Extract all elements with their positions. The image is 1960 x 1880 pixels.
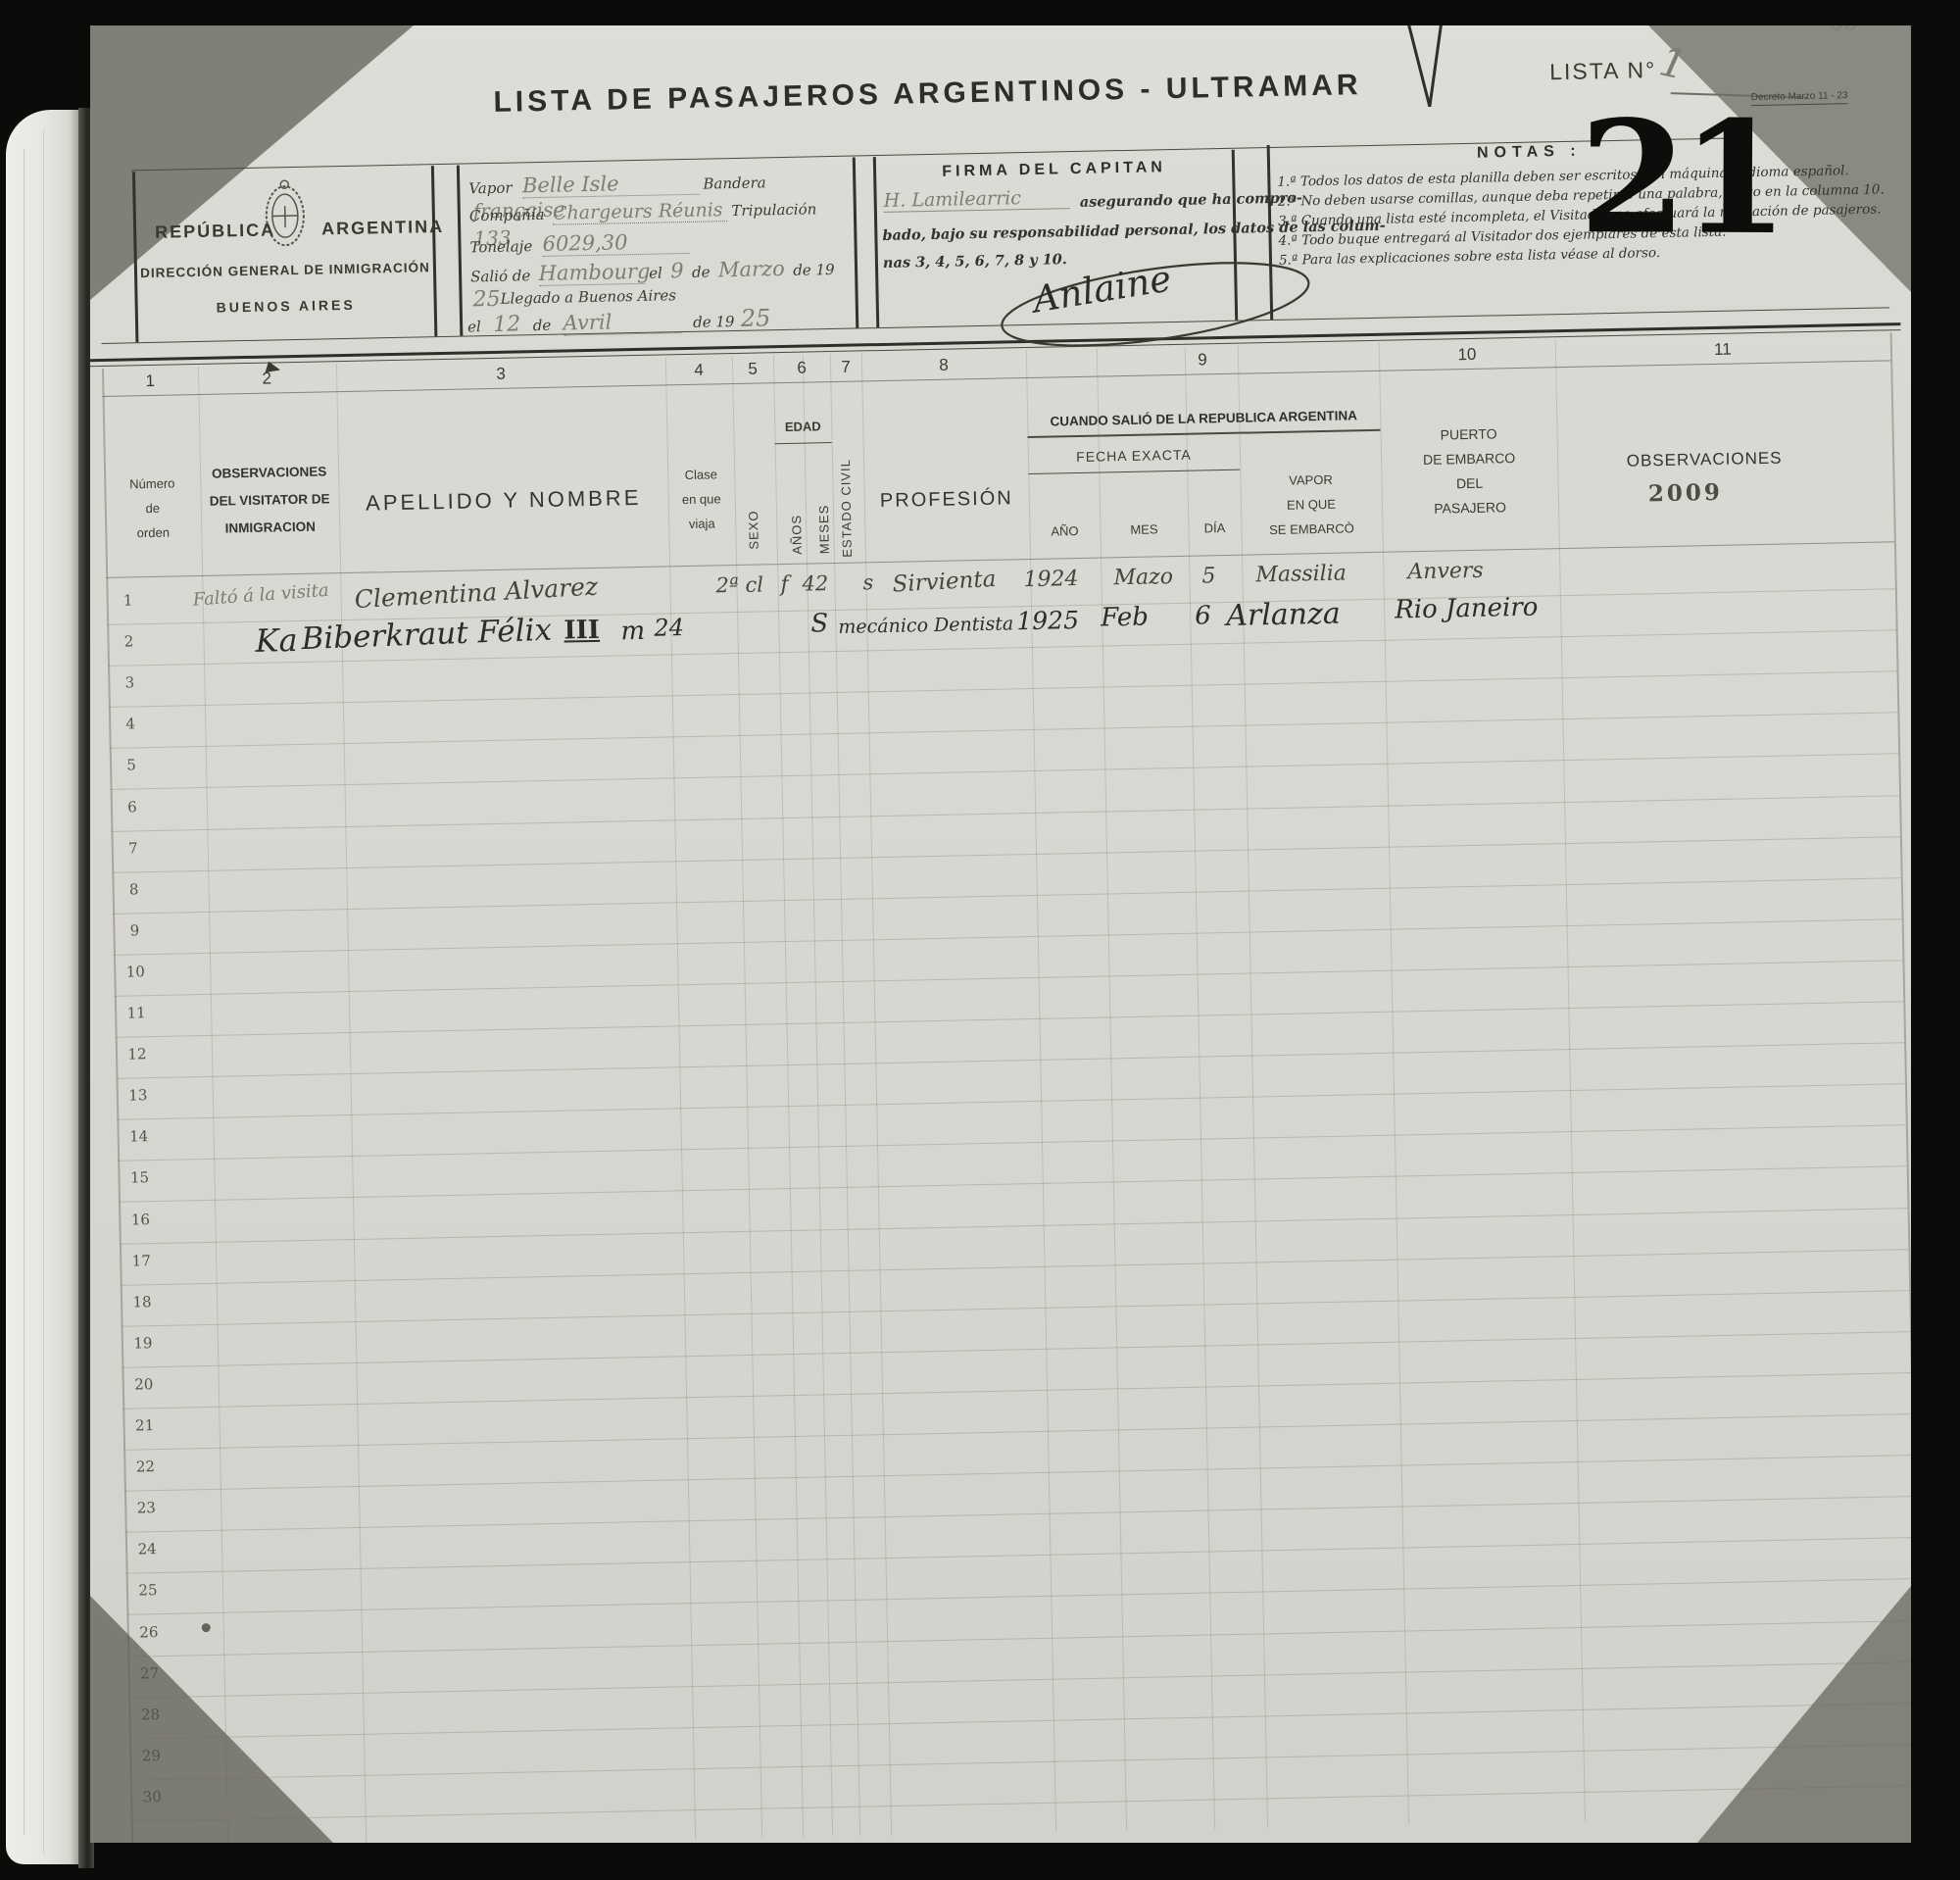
row1-sexo: f — [780, 572, 789, 597]
row1-estado-civil: s — [862, 570, 873, 594]
captain-box: FIRMA DEL CAPITAN H. Lamilearric asegura… — [873, 150, 1238, 327]
row-line — [111, 754, 1899, 791]
salio-month-value: Marzo — [718, 257, 785, 281]
row-line — [112, 836, 1900, 873]
row-line — [130, 1744, 1911, 1781]
republica-label: REPÚBLICA — [155, 220, 275, 242]
column-number: 8 — [914, 355, 973, 375]
page-title: LISTA DE PASAJEROS ARGENTINOS - ULTRAMAR — [481, 69, 1373, 120]
col7-header-estado-civil: ESTADO CIVIL — [837, 421, 855, 558]
column-number: 9 — [1173, 350, 1232, 371]
row-line — [129, 1703, 1911, 1740]
tonelaje-value: 6029,30 — [542, 229, 689, 257]
book-page-edge — [6, 110, 80, 1864]
row-number: 24 — [129, 1540, 165, 1558]
row-line — [125, 1496, 1911, 1533]
edad-anos-header: AÑOS — [788, 461, 805, 555]
col8-header-profesion: PROFESIÓN — [864, 487, 1029, 513]
llegado-de19-label: de 19 — [693, 313, 735, 331]
row1-observaciones: Faltó á la visita — [192, 580, 329, 611]
bandera-label: Bandera — [703, 173, 766, 192]
row-number: 26 — [131, 1622, 167, 1641]
row-number: 18 — [124, 1293, 160, 1311]
col4-line2: en que — [668, 486, 735, 512]
row2-puerto-embarco: Rio Janeiro — [1395, 593, 1539, 625]
tonelaje-label: Tonelaje — [469, 237, 532, 256]
row2-salida-mes: Feb — [1101, 603, 1149, 633]
row-number: 27 — [132, 1663, 168, 1682]
row-line — [121, 1249, 1909, 1286]
col9-ano-header: AÑO — [1029, 519, 1100, 544]
row-number: 28 — [132, 1706, 168, 1724]
edad-meses-header: MESES — [815, 460, 832, 554]
row-line — [126, 1537, 1911, 1574]
scanned-document: LISTA DE PASAJEROS ARGENTINOS - ULTRAMAR… — [0, 0, 1960, 1880]
de-label: de — [692, 263, 710, 280]
row-number: 7 — [116, 839, 151, 858]
folio-number-pencil: 66 — [1830, 25, 1859, 36]
row1-vapor-embarco: Massilia — [1255, 562, 1347, 588]
row2-apellido-nombre: Biberkraut Félix — [301, 613, 553, 658]
row-line — [115, 960, 1903, 997]
row-line — [114, 918, 1902, 956]
col9-fecha-exacta: FECHA EXACTA — [1028, 446, 1240, 466]
el-label: el — [649, 264, 662, 281]
lista-n-label: LISTA N° — [1549, 57, 1657, 85]
row1-salida-mes: Mazo — [1113, 565, 1173, 590]
column-number: 3 — [471, 364, 530, 384]
row-line — [119, 1166, 1907, 1204]
row-line — [109, 670, 1897, 708]
row-line — [117, 1083, 1905, 1120]
col2-line1: OBSERVACIONES — [200, 458, 339, 488]
ink-dot — [202, 1623, 211, 1632]
de19-label: de 19 — [793, 261, 835, 279]
vapor-label: Vapor — [468, 179, 513, 198]
row-number: 13 — [121, 1086, 156, 1105]
col4-line1: Clase — [667, 462, 734, 487]
row-line — [124, 1455, 1911, 1492]
salio-day-value: 9 — [670, 259, 684, 282]
row2-profesion: mecánico Dentista — [838, 613, 1013, 638]
row1-puerto-embarco: Anvers — [1407, 559, 1484, 585]
row-line — [122, 1331, 1910, 1368]
ship-box: Vapor Belle Isle Bandera française Compa… — [457, 157, 858, 335]
row-number: 19 — [125, 1334, 161, 1353]
list-number-stamp: 21 — [1579, 101, 1784, 257]
row2-vapor-embarco: Arlanza — [1226, 597, 1341, 633]
row-line — [126, 1578, 1911, 1615]
row-number: 22 — [127, 1458, 163, 1476]
col10-line1: PUERTO — [1380, 421, 1556, 449]
llegado-day-value: 12 — [493, 312, 520, 337]
row1-apellido-nombre: Clementina Alvarez — [354, 572, 599, 615]
column-number: 11 — [1693, 339, 1752, 360]
row-line — [131, 1785, 1911, 1822]
compania-label: Compañía — [469, 206, 545, 225]
llegado-month-value: Avril — [563, 309, 680, 335]
col5-header-sexo: SEXO — [745, 452, 761, 550]
row-line — [116, 1001, 1904, 1038]
salio-label: Salió de — [470, 267, 530, 285]
col9-vapor-line2: EN QUE — [1241, 491, 1382, 519]
col2-line2: DEL VISITATOR DE — [200, 485, 339, 516]
row-number: 29 — [133, 1747, 169, 1765]
row-line — [123, 1413, 1911, 1451]
salio-year-value: 25 — [472, 287, 500, 313]
vapor-value: Belle Isle — [522, 171, 699, 199]
row2-sexo: m — [620, 617, 645, 646]
row-line — [128, 1661, 1911, 1699]
row-number: 9 — [117, 921, 152, 940]
row-line — [122, 1290, 1910, 1327]
row-line — [127, 1620, 1911, 1657]
col10-line4: PASAJERO — [1382, 494, 1558, 522]
row-number: 6 — [115, 798, 150, 816]
row-number: 16 — [122, 1210, 158, 1228]
row-number: 3 — [112, 673, 147, 692]
col10-line3: DEL — [1381, 470, 1557, 498]
col9-title: CUANDO SALIÓ DE LA REPUBLICA ARGENTINA — [1027, 408, 1380, 429]
row-number: 21 — [126, 1416, 162, 1435]
row-line — [111, 795, 1899, 832]
row2-edad: 24 — [654, 614, 684, 642]
row-number: 8 — [116, 880, 151, 899]
observaciones-stamp-number: 2009 — [1558, 477, 1813, 509]
row-line — [116, 1042, 1904, 1079]
row-line — [110, 713, 1898, 750]
tripulacion-label: Tripulación — [731, 200, 816, 220]
llegado-el-label: el — [467, 318, 481, 335]
row1-edad: 42 — [802, 571, 828, 596]
row-line — [120, 1208, 1908, 1245]
row-number: 20 — [126, 1375, 162, 1394]
captain-box-title: FIRMA DEL CAPITAN — [873, 158, 1235, 182]
col4-line3: viaja — [668, 511, 735, 536]
row2-salida-dia: 6 — [1195, 601, 1211, 630]
row1-profesion: Sirvienta — [892, 567, 997, 598]
form-page: LISTA DE PASAJEROS ARGENTINOS - ULTRAMAR… — [90, 25, 1911, 1843]
col9-dia-header: DÍA — [1188, 516, 1241, 541]
row1-clase: 2ª cl — [715, 572, 763, 597]
row2-salida-ano: 1925 — [1016, 606, 1079, 635]
column-number: 4 — [669, 360, 728, 380]
argentina-label: ARGENTINA — [321, 217, 444, 240]
page-content: LISTA DE PASAJEROS ARGENTINOS - ULTRAMAR… — [90, 25, 1911, 1843]
row-line — [118, 1124, 1906, 1162]
row-number: 15 — [122, 1168, 157, 1187]
salio-place-value: Hambourg — [538, 260, 644, 286]
col9-mes-header: MES — [1100, 517, 1188, 543]
row-number: 17 — [123, 1252, 159, 1270]
row-number: 5 — [114, 756, 149, 774]
llegado-label: Llegado a Buenos Aires — [500, 286, 676, 308]
column-number: 10 — [1438, 344, 1496, 365]
col1-line1: Número — [105, 470, 199, 497]
row-line — [113, 877, 1901, 915]
llegado-de-label: de — [533, 317, 552, 334]
row2-observaciones: Ka — [255, 621, 298, 660]
row-number: 14 — [122, 1127, 157, 1146]
row-number: 12 — [120, 1045, 155, 1064]
row1-salida-dia: 5 — [1201, 564, 1215, 588]
row-number: 30 — [134, 1788, 170, 1806]
ciudad-label: BUENOS AIRES — [141, 295, 431, 317]
direccion-label: DIRECCIÓN GENERAL DE INMIGRACIÓN — [140, 260, 430, 280]
col2-line3: INMIGRACION — [201, 513, 340, 543]
col3-header: APELLIDO Y NOMBRE — [339, 484, 668, 517]
row-number: 23 — [128, 1499, 164, 1517]
row-line — [122, 1372, 1911, 1410]
column-number: 1 — [121, 371, 179, 391]
column-number: 7 — [816, 357, 875, 377]
col9-vapor-line1: VAPOR — [1240, 467, 1381, 494]
row-number: 11 — [119, 1004, 154, 1022]
row1-salida-ano: 1924 — [1023, 567, 1078, 592]
col1-line2: de — [106, 495, 200, 521]
row-number: 10 — [118, 963, 153, 981]
col10-line2: DE EMBARCO — [1381, 445, 1557, 473]
llegado-year-value: 25 — [741, 304, 771, 332]
pen-checkmark — [1393, 25, 1457, 123]
row2-clase: III — [563, 616, 600, 646]
captain-name-handwritten: H. Lamilearric — [883, 186, 1069, 213]
col9-vapor-line3: SE EMBARCÒ — [1241, 516, 1382, 543]
row-number: 25 — [130, 1581, 166, 1600]
col1-line3: orden — [106, 519, 200, 546]
row2-estado-civil: S — [810, 609, 828, 638]
col11-header: OBSERVACIONES — [1557, 447, 1851, 472]
org-box: REPÚBLICA ARGENTINA DIRECCIÓN GENERAL DE… — [132, 166, 437, 342]
compania-value: Chargeurs Réunis — [553, 199, 727, 225]
row-number: 4 — [113, 715, 148, 733]
lista-n-handwritten-value: 1 — [1655, 36, 1691, 89]
